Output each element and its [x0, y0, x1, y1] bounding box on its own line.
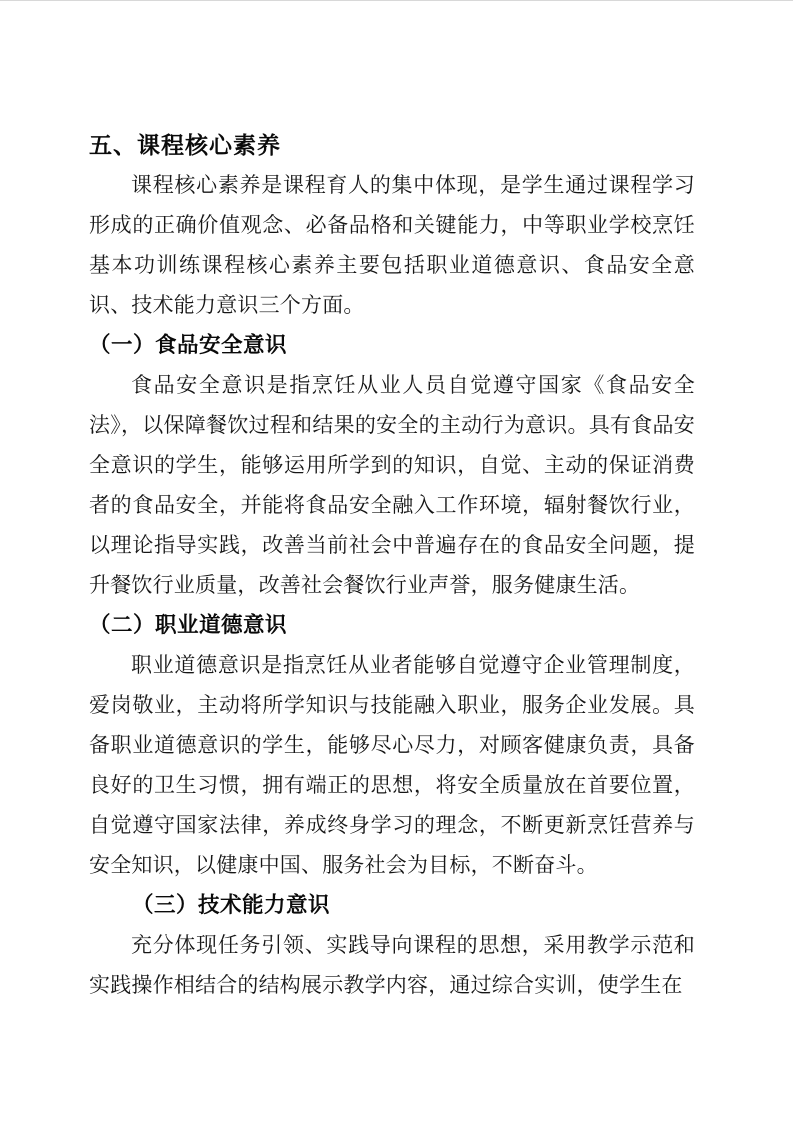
- document-content: 五、课程核心素养 课程核心素养是课程育人的集中体现，是学生通过课程学习形成的正确…: [89, 125, 695, 1005]
- section-1-body: 食品安全意识是指烹饪从业人员自觉遵守国家《食品安全法》，以保障餐饮过程和结果的安…: [89, 365, 695, 605]
- section-3-body: 充分体现任务引领、实践导向课程的思想，采用教学示范和实践操作相结合的结构展示教学…: [89, 925, 695, 1005]
- section-3-heading: （三）技术能力意识: [89, 885, 695, 925]
- document-title: 五、课程核心素养: [89, 125, 695, 165]
- section-2-heading: （二）职业道德意识: [89, 605, 695, 645]
- section-1-heading: （一）食品安全意识: [89, 325, 695, 365]
- section-2-body: 职业道德意识是指烹饪从业者能够自觉遵守企业管理制度，爱岗敬业，主动将所学知识与技…: [89, 645, 695, 885]
- document-page: 五、课程核心素养 课程核心素养是课程育人的集中体现，是学生通过课程学习形成的正确…: [0, 0, 793, 1122]
- intro-paragraph: 课程核心素养是课程育人的集中体现，是学生通过课程学习形成的正确价值观念、必备品格…: [89, 165, 695, 325]
